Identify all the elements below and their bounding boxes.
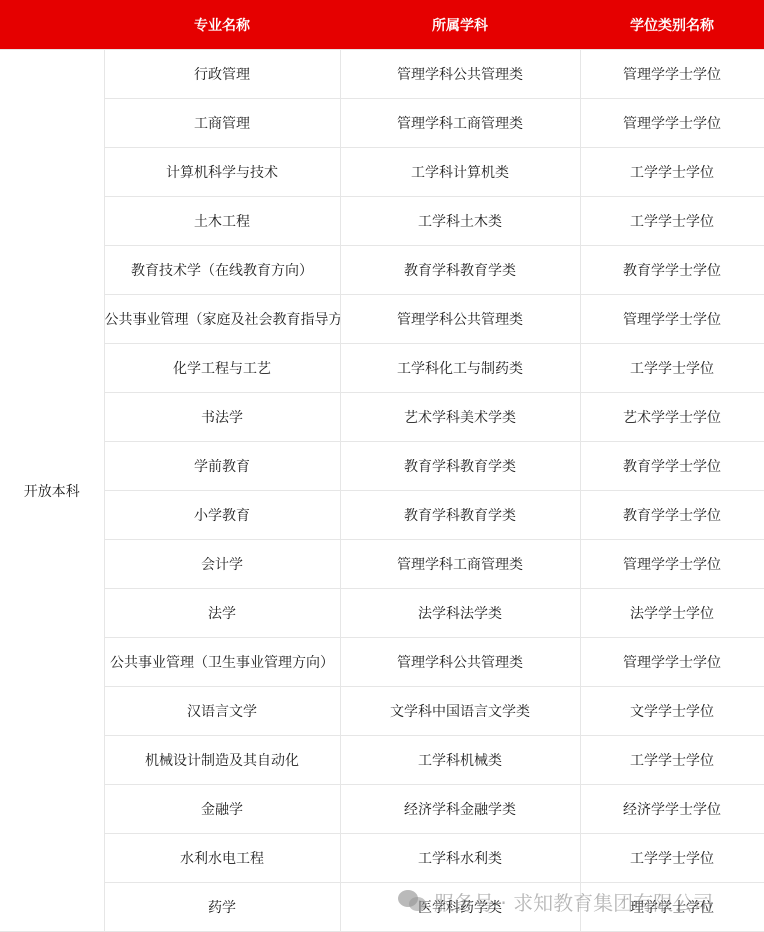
major-cell: 机械设计制造及其自动化 bbox=[104, 736, 340, 785]
degree-cell: 工学学士学位 bbox=[580, 344, 764, 393]
degree-cell: 管理学学士学位 bbox=[580, 540, 764, 589]
table-row: 土木工程工学科土木类工学学士学位 bbox=[0, 197, 764, 246]
major-cell: 水利水电工程 bbox=[104, 834, 340, 883]
major-cell: 药学 bbox=[104, 883, 340, 932]
majors-table: 专业名称 所属学科 学位类别名称 开放本科行政管理管理学科公共管理类管理学学士学… bbox=[0, 0, 764, 932]
table-row: 药学医学科药学类理学学士学位 bbox=[0, 883, 764, 932]
discipline-cell: 教育学科教育学类 bbox=[340, 246, 580, 295]
major-cell: 书法学 bbox=[104, 393, 340, 442]
major-cell: 工商管理 bbox=[104, 99, 340, 148]
major-cell: 土木工程 bbox=[104, 197, 340, 246]
table-row: 开放本科行政管理管理学科公共管理类管理学学士学位 bbox=[0, 50, 764, 99]
major-cell: 汉语言文学 bbox=[104, 687, 340, 736]
discipline-cell: 医学科药学类 bbox=[340, 883, 580, 932]
discipline-cell: 管理学科公共管理类 bbox=[340, 50, 580, 99]
major-cell: 金融学 bbox=[104, 785, 340, 834]
discipline-cell: 管理学科公共管理类 bbox=[340, 638, 580, 687]
table-header-row: 专业名称 所属学科 学位类别名称 bbox=[0, 0, 764, 50]
major-cell: 教育技术学（在线教育方向） bbox=[104, 246, 340, 295]
discipline-cell: 工学科水利类 bbox=[340, 834, 580, 883]
discipline-cell: 教育学科教育学类 bbox=[340, 442, 580, 491]
discipline-cell: 教育学科教育学类 bbox=[340, 491, 580, 540]
header-discipline: 所属学科 bbox=[340, 0, 580, 50]
table-row: 会计学管理学科工商管理类管理学学士学位 bbox=[0, 540, 764, 589]
degree-cell: 工学学士学位 bbox=[580, 197, 764, 246]
discipline-cell: 工学科机械类 bbox=[340, 736, 580, 785]
major-cell: 会计学 bbox=[104, 540, 340, 589]
degree-cell: 管理学学士学位 bbox=[580, 638, 764, 687]
discipline-cell: 法学科法学类 bbox=[340, 589, 580, 638]
degree-cell: 管理学学士学位 bbox=[580, 295, 764, 344]
table-row: 教育技术学（在线教育方向）教育学科教育学类教育学学士学位 bbox=[0, 246, 764, 295]
discipline-cell: 文学科中国语言文学类 bbox=[340, 687, 580, 736]
major-cell: 小学教育 bbox=[104, 491, 340, 540]
discipline-cell: 管理学科工商管理类 bbox=[340, 540, 580, 589]
table-row: 公共事业管理（卫生事业管理方向）管理学科公共管理类管理学学士学位 bbox=[0, 638, 764, 687]
degree-cell: 管理学学士学位 bbox=[580, 99, 764, 148]
discipline-cell: 工学科计算机类 bbox=[340, 148, 580, 197]
table-row: 书法学艺术学科美术学类艺术学学士学位 bbox=[0, 393, 764, 442]
major-cell: 公共事业管理（家庭及社会教育指导方向） bbox=[104, 295, 340, 344]
table-row: 工商管理管理学科工商管理类管理学学士学位 bbox=[0, 99, 764, 148]
major-cell: 计算机科学与技术 bbox=[104, 148, 340, 197]
discipline-cell: 艺术学科美术学类 bbox=[340, 393, 580, 442]
degree-cell: 法学学士学位 bbox=[580, 589, 764, 638]
major-cell: 法学 bbox=[104, 589, 340, 638]
major-cell: 学前教育 bbox=[104, 442, 340, 491]
table-row: 化学工程与工艺工学科化工与制药类工学学士学位 bbox=[0, 344, 764, 393]
table-row: 机械设计制造及其自动化工学科机械类工学学士学位 bbox=[0, 736, 764, 785]
degree-cell: 艺术学学士学位 bbox=[580, 393, 764, 442]
table-row: 金融学经济学科金融学类经济学学士学位 bbox=[0, 785, 764, 834]
header-category bbox=[0, 0, 104, 50]
degree-cell: 管理学学士学位 bbox=[580, 50, 764, 99]
table-row: 法学法学科法学类法学学士学位 bbox=[0, 589, 764, 638]
header-degree-type: 学位类别名称 bbox=[580, 0, 764, 50]
degree-cell: 经济学学士学位 bbox=[580, 785, 764, 834]
degree-cell: 教育学学士学位 bbox=[580, 246, 764, 295]
discipline-cell: 管理学科公共管理类 bbox=[340, 295, 580, 344]
table-row: 小学教育教育学科教育学类教育学学士学位 bbox=[0, 491, 764, 540]
major-cell: 行政管理 bbox=[104, 50, 340, 99]
major-cell: 化学工程与工艺 bbox=[104, 344, 340, 393]
discipline-cell: 经济学科金融学类 bbox=[340, 785, 580, 834]
table-row: 学前教育教育学科教育学类教育学学士学位 bbox=[0, 442, 764, 491]
degree-cell: 工学学士学位 bbox=[580, 834, 764, 883]
degree-cell: 工学学士学位 bbox=[580, 736, 764, 785]
table-row: 计算机科学与技术工学科计算机类工学学士学位 bbox=[0, 148, 764, 197]
table-row: 汉语言文学文学科中国语言文学类文学学士学位 bbox=[0, 687, 764, 736]
header-major-name: 专业名称 bbox=[104, 0, 340, 50]
discipline-cell: 工学科土木类 bbox=[340, 197, 580, 246]
degree-cell: 教育学学士学位 bbox=[580, 491, 764, 540]
degree-cell: 工学学士学位 bbox=[580, 148, 764, 197]
discipline-cell: 工学科化工与制药类 bbox=[340, 344, 580, 393]
degree-cell: 教育学学士学位 bbox=[580, 442, 764, 491]
degree-cell: 理学学士学位 bbox=[580, 883, 764, 932]
table-row: 水利水电工程工学科水利类工学学士学位 bbox=[0, 834, 764, 883]
table-row: 公共事业管理（家庭及社会教育指导方向）管理学科公共管理类管理学学士学位 bbox=[0, 295, 764, 344]
category-cell: 开放本科 bbox=[0, 50, 104, 932]
degree-cell: 文学学士学位 bbox=[580, 687, 764, 736]
major-cell: 公共事业管理（卫生事业管理方向） bbox=[104, 638, 340, 687]
discipline-cell: 管理学科工商管理类 bbox=[340, 99, 580, 148]
